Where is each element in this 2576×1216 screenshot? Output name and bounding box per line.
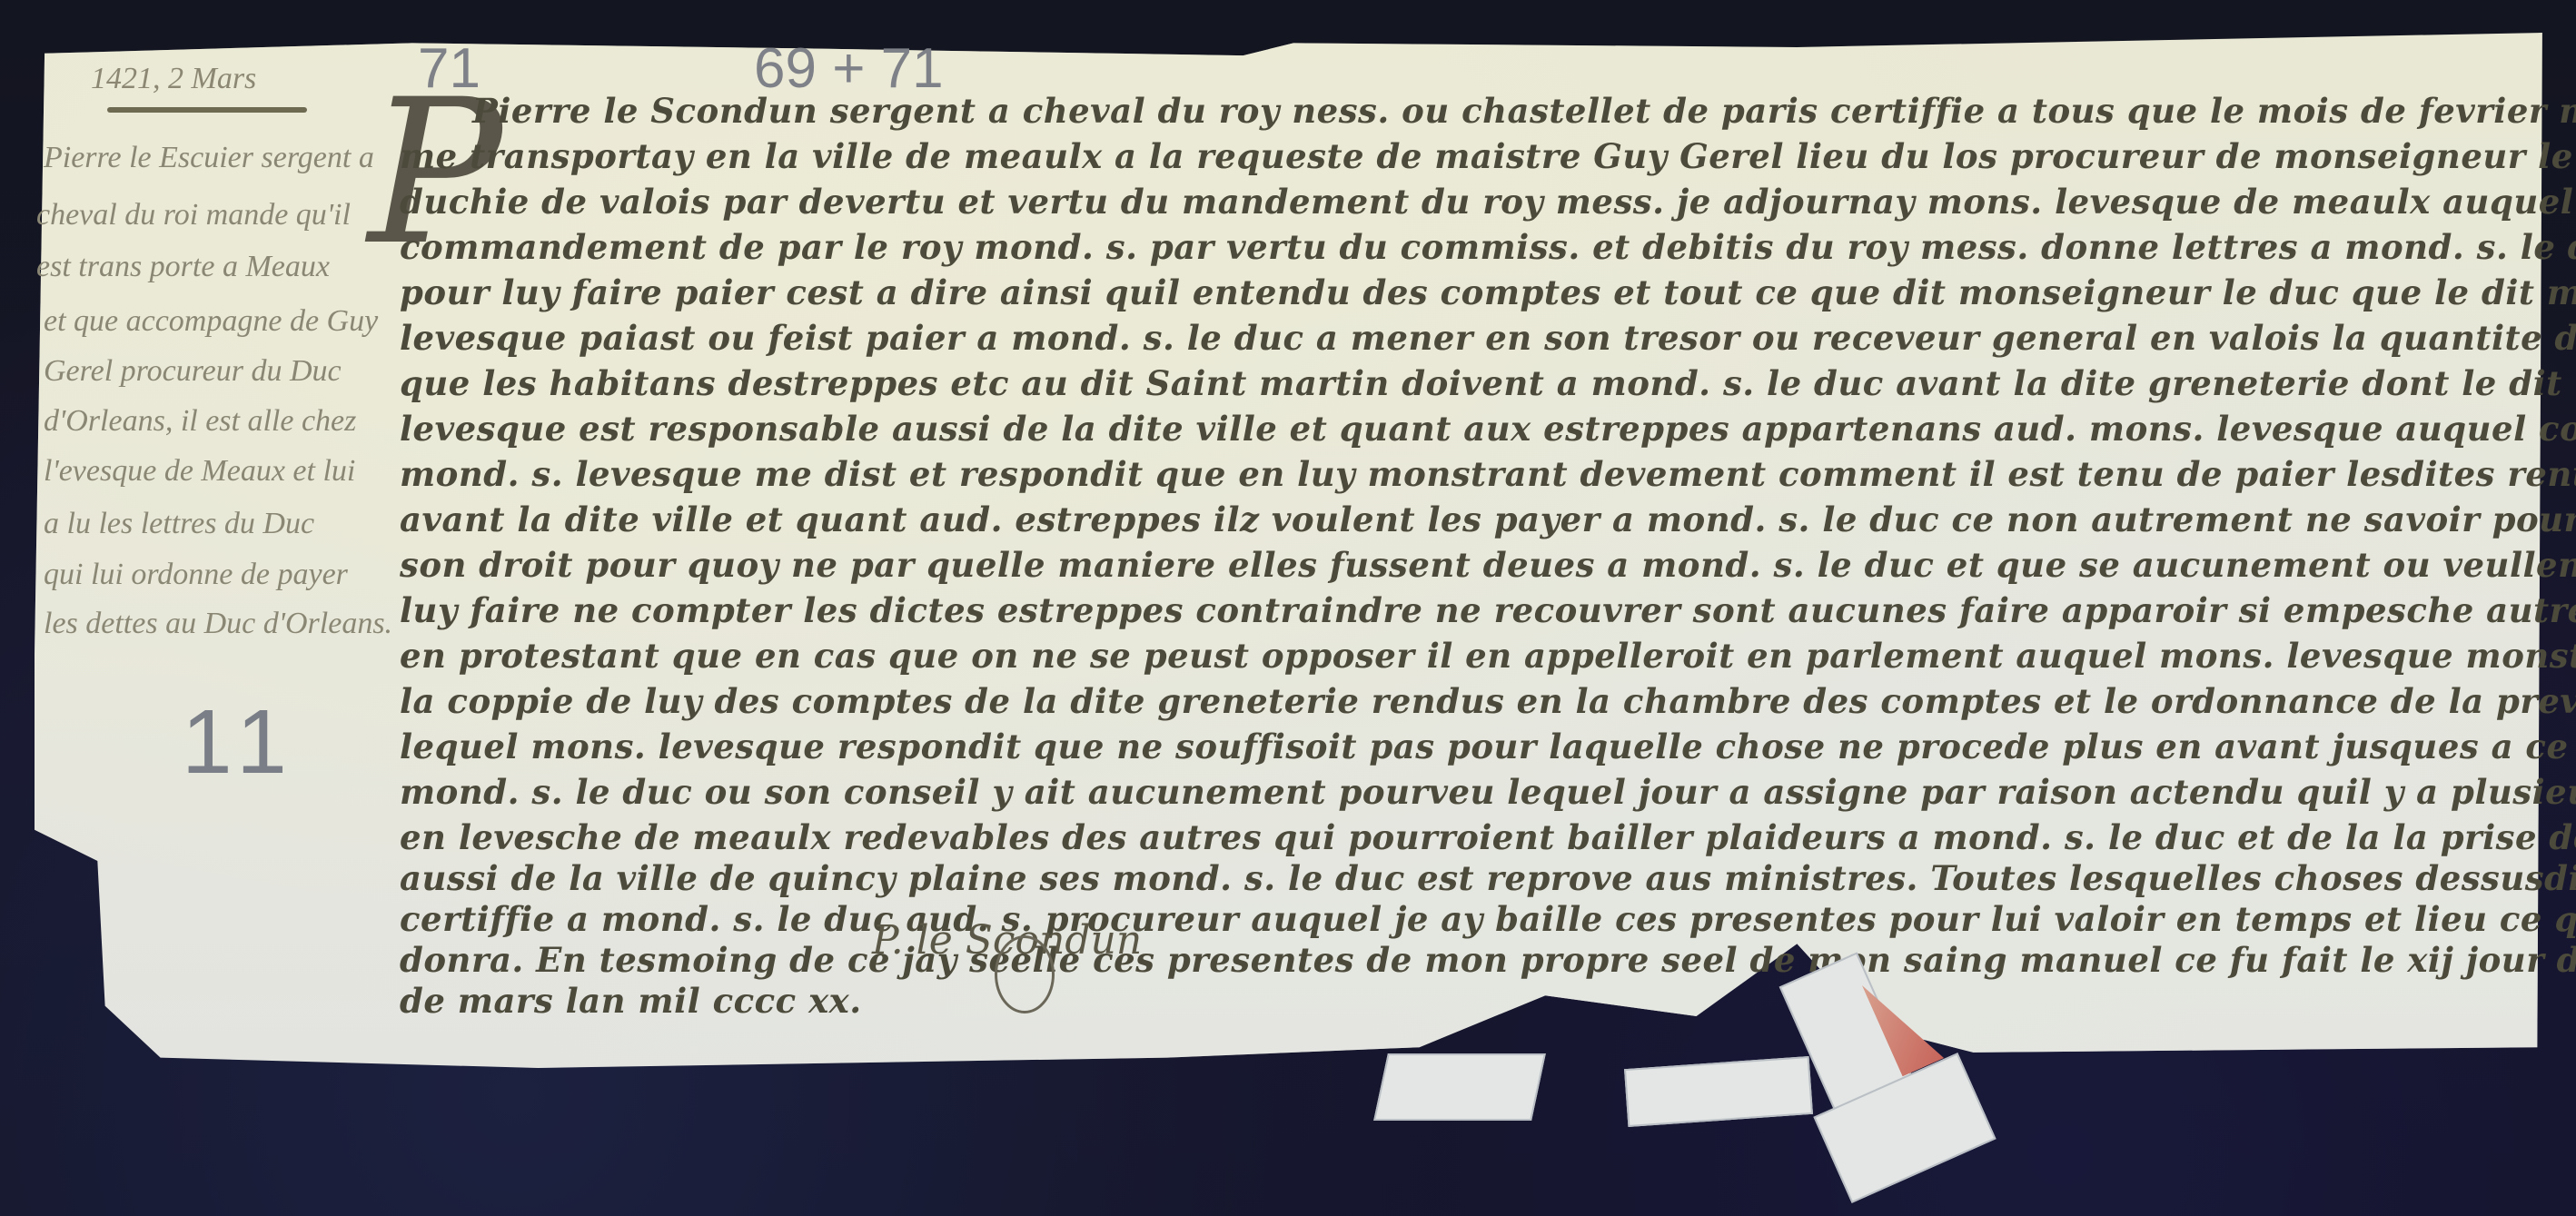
margin-note-line: Gerel procureur du Duc	[44, 354, 342, 389]
text-line: Pierre le Scondun sergent a cheval du ro…	[472, 91, 2576, 131]
text-line: donra. En tesmoing de ce jay seelle ces …	[400, 940, 2576, 980]
margin-note-line: et que accompagne de Guy	[44, 304, 378, 339]
folio-number: 11	[182, 690, 298, 795]
text-line: commandement de par le roy mond. s. par …	[400, 227, 2576, 267]
text-line: duchie de valois par devertu et vertu du…	[400, 182, 2576, 222]
margin-note-line: qui lui ordonne de payer	[44, 558, 348, 592]
margin-note-line: est trans porte a Meaux	[36, 250, 330, 284]
text-line: mond. s. levesque me dist et respondit q…	[400, 454, 2576, 494]
text-line: levesque paiast ou feist paier a mond. s…	[400, 318, 2576, 358]
text-line: que les habitans destreppes etc au dit S…	[400, 363, 2576, 403]
text-line: en levesche de meaulx redevables des aut…	[400, 817, 2576, 857]
text-line: de mars lan mil cccc xx.	[400, 981, 862, 1021]
text-line: avant la dite ville et quant aud. estrep…	[400, 499, 2576, 539]
signature-flourish-icon	[995, 935, 1055, 1013]
margin-note-line: Pierre le Escuier sergent a	[44, 141, 374, 175]
seal-tag-fold	[1373, 1053, 1546, 1121]
text-line: la coppie de luy des comptes de la dite …	[400, 681, 2576, 721]
top-margin-note: 1421, 2 Mars	[91, 62, 256, 96]
text-line: levesque est responsable aussi de la dit…	[400, 409, 2576, 449]
text-line: aussi de la ville de quincy plaine ses m…	[400, 858, 2576, 898]
text-line: lequel mons. levesque respondit que ne s…	[400, 727, 2576, 766]
text-line: en protestant que en cas que on ne se pe…	[400, 636, 2576, 676]
text-line: luy faire ne compter les dictes estreppe…	[400, 590, 2576, 630]
text-line: pour luy faire paier cest a dire ainsi q…	[400, 272, 2576, 312]
margin-note-line: cheval du roi mande qu'il	[36, 198, 351, 232]
margin-note-line: a lu les lettres du Duc	[44, 507, 314, 541]
margin-note-line: d'Orleans, il est alle chez	[44, 404, 356, 439]
margin-note-line: l'evesque de Meaux et lui	[44, 454, 355, 489]
text-line: mond. s. le duc ou son conseil y ait auc…	[400, 772, 2576, 812]
margin-note-line: les dettes au Duc d'Orleans.	[44, 607, 392, 641]
text-line: son droit pour quoy ne par quelle manier…	[400, 545, 2576, 585]
text-line: certiffie a mond. s. le duc aud. s. proc…	[400, 899, 2576, 939]
margin-rule	[107, 107, 307, 113]
text-line: me transportay en la ville de meaulx a l…	[400, 136, 2576, 176]
